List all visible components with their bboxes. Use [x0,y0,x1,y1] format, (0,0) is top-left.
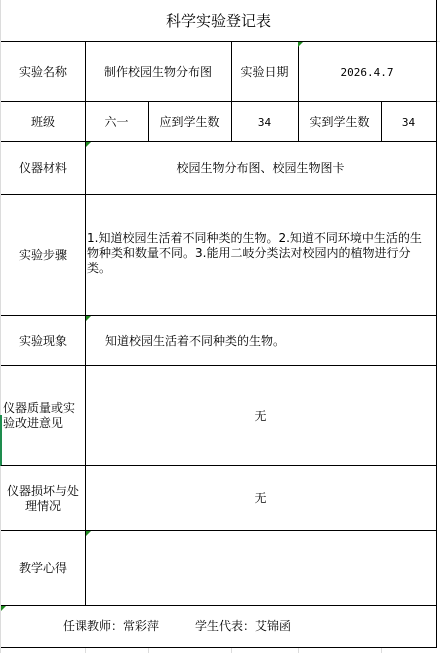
expected-students-value: 34 [258,115,271,130]
comment-marker-icon [86,531,91,536]
class-value-cell[interactable]: 六一 [85,101,149,142]
class-label-cell[interactable]: 班级 [1,101,86,142]
steps-value-cell[interactable]: 1.知道校园生活着不同种类的生物。2.知道不同环境中生活的生物种类和数量不同。3… [85,194,437,316]
materials-label-cell[interactable]: 仪器材料 [1,141,86,195]
form-title-cell[interactable]: 科学实验登记表 [1,0,437,42]
damage-label-cell[interactable]: 仪器损坏与处理情况 [1,465,86,531]
phenomenon-label: 实验现象 [19,334,67,349]
expected-students-value-cell[interactable]: 34 [231,101,299,142]
phenomenon-value-cell[interactable]: 知道校园生活着不同种类的生物。 [85,315,437,366]
experiment-date-value: 2026.4.7 [341,65,394,80]
experiment-name-value: 制作校园生物分布图 [104,65,212,80]
steps-label-cell[interactable]: 实验步骤 [1,194,86,316]
suggestions-label-cell[interactable]: 仪器质量或实验改进意见 [1,365,86,466]
steps-label: 实验步骤 [19,248,67,263]
actual-students-label-cell[interactable]: 实到学生数 [298,101,382,142]
actual-students-label: 实到学生数 [309,115,369,130]
damage-value: 无 [254,491,266,506]
phenomenon-label-cell[interactable]: 实验现象 [1,315,86,366]
phenomenon-value: 知道校园生活着不同种类的生物。 [105,334,285,349]
comment-marker-icon [86,142,91,147]
actual-students-value-cell[interactable]: 34 [381,101,437,142]
steps-value: 1.知道校园生活着不同种类的生物。2.知道不同环境中生活的生物种类和数量不同。3… [87,231,432,276]
materials-label: 仪器材料 [19,161,67,176]
experiment-name-label-cell[interactable]: 实验名称 [1,41,86,102]
comment-marker-icon [86,316,91,321]
experiment-name-label: 实验名称 [19,65,67,80]
reflection-value-cell[interactable] [85,530,437,606]
actual-students-value: 34 [402,115,415,130]
teacher-signature: 任课教师：常彩萍 [63,619,159,634]
experiment-date-label: 实验日期 [240,65,288,80]
experiment-date-label-cell[interactable]: 实验日期 [231,41,299,102]
comment-marker-icon [298,42,303,47]
materials-value-cell[interactable]: 校园生物分布图、校园生物图卡 [85,141,437,195]
suggestions-value: 无 [254,409,266,424]
experiment-name-value-cell[interactable]: 制作校园生物分布图 [85,41,232,102]
reflection-label: 教学心得 [19,561,67,576]
student-representative: 学生代表：艾锦函 [195,619,291,634]
class-value: 六一 [104,115,128,130]
row-selection-indicator [0,415,2,466]
damage-label: 仪器损坏与处理情况 [5,484,81,514]
expected-students-label: 应到学生数 [159,115,219,130]
suggestions-value-cell[interactable]: 无 [85,365,437,466]
suggestions-label: 仪器质量或实验改进意见 [3,401,85,431]
class-label: 班级 [31,115,55,130]
expected-students-label-cell[interactable]: 应到学生数 [148,101,232,142]
comment-marker-icon [1,606,6,611]
experiment-date-value-cell[interactable]: 2026.4.7 [298,41,437,102]
form-title: 科学实验登记表 [166,14,271,29]
signature-row-cell[interactable]: 任课教师：常彩萍 学生代表：艾锦函 [1,605,437,648]
reflection-label-cell[interactable]: 教学心得 [1,530,86,606]
damage-value-cell[interactable]: 无 [85,465,437,531]
materials-value: 校园生物分布图、校园生物图卡 [176,161,344,176]
